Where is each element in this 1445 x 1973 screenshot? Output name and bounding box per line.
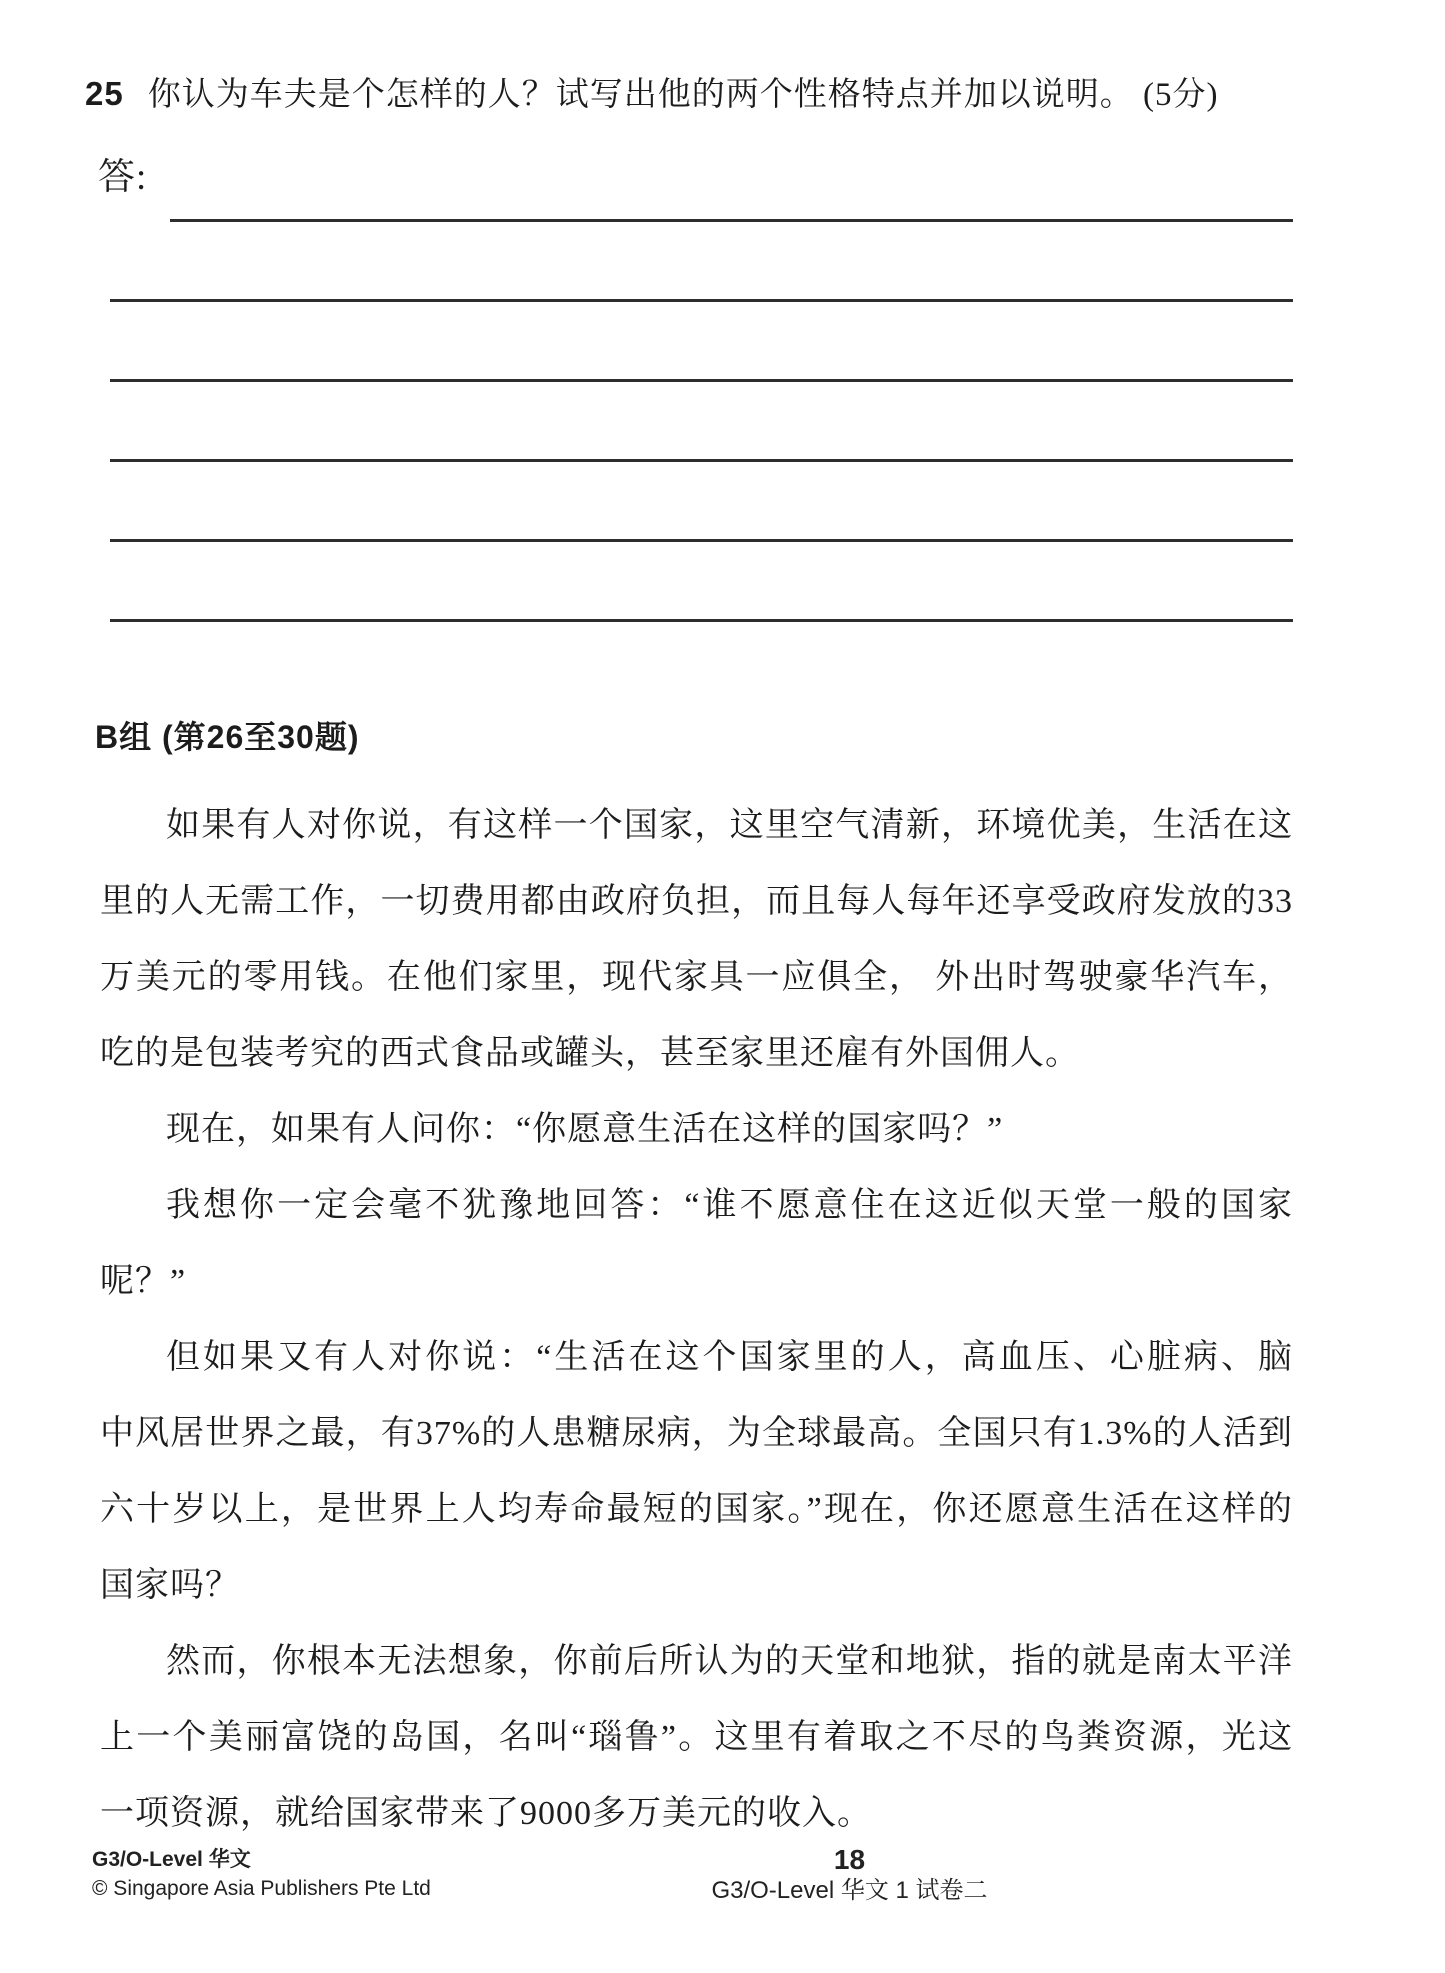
passage-line: 上一个美丽富饶的岛国，名叫“瑙鲁”。这里有着取之不尽的鸟粪资源，光这 xyxy=(100,1700,1293,1776)
footer-left: G3/O-Level 华文 © Singapore Asia Publisher… xyxy=(92,1845,431,1903)
question-marks: (5分) xyxy=(1143,77,1218,113)
question-number: 25 xyxy=(85,75,124,112)
footer-center: 18 G3/O-Level 华文 1 试卷二 xyxy=(711,1845,987,1907)
answer-line xyxy=(110,382,1293,462)
answer-line xyxy=(170,142,1293,222)
passage-line: 一项资源，就给国家带来了9000多万美元的收入。 xyxy=(100,1776,1293,1852)
answer-line xyxy=(110,222,1293,302)
footer-page-number: 18 xyxy=(711,1845,987,1875)
passage-line: 万美元的零用钱。在他们家里，现代家具一应俱全， 外出时驾驶豪华汽车， xyxy=(100,940,1293,1016)
passage-line: 然而，你根本无法想象，你前后所认为的天堂和地狱，指的就是南太平洋 xyxy=(100,1624,1293,1700)
passage-line: 国家吗？ xyxy=(100,1548,1293,1624)
answer-line xyxy=(110,302,1293,382)
question-text: 你认为车夫是个怎样的人？试写出他的两个性格特点并加以说明。 xyxy=(148,77,1134,113)
answer-line xyxy=(110,462,1293,542)
passage-line: 中风居世界之最，有37%的人患糖尿病，为全球最高。全国只有1.3%的人活到 xyxy=(100,1396,1293,1472)
footer-series: G3/O-Level 华文 xyxy=(92,1845,431,1874)
footer-booklet: G3/O-Level 华文 1 试卷二 xyxy=(711,1875,987,1907)
passage-line: 如果有人对你说，有这样一个国家，这里空气清新，环境优美，生活在这 xyxy=(100,788,1293,864)
passage-line: 现在，如果有人问你：“你愿意生活在这样的国家吗？” xyxy=(100,1092,1293,1168)
answer-line xyxy=(110,542,1293,622)
section-b-heading: B组 (第26至30题) xyxy=(95,712,360,758)
question-25: 25你认为车夫是个怎样的人？试写出他的两个性格特点并加以说明。 (5分) xyxy=(85,72,1325,117)
footer-copyright: © Singapore Asia Publishers Pte Ltd xyxy=(92,1874,431,1903)
passage-line: 吃的是包装考究的西式食品或罐头，甚至家里还雇有外国佣人。 xyxy=(100,1016,1293,1092)
answer-area xyxy=(110,142,1293,622)
passage-line: 我想你一定会毫不犹豫地回答：“谁不愿意住在这近似天堂一般的国家 xyxy=(100,1168,1293,1244)
passage-line: 但如果又有人对你说：“生活在这个国家里的人，高血压、心脏病、脑 xyxy=(100,1320,1293,1396)
passage-line: 六十岁以上，是世界上人均寿命最短的国家。”现在，你还愿意生活在这样的 xyxy=(100,1472,1293,1548)
exam-page: 25你认为车夫是个怎样的人？试写出他的两个性格特点并加以说明。 (5分) 答: … xyxy=(0,0,1445,1973)
passage-line: 呢？” xyxy=(100,1244,1293,1320)
passage-line: 里的人无需工作，一切费用都由政府负担，而且每人每年还享受政府发放的33 xyxy=(100,864,1293,940)
passage: 如果有人对你说，有这样一个国家，这里空气清新，环境优美，生活在这 里的人无需工作… xyxy=(100,788,1293,1852)
